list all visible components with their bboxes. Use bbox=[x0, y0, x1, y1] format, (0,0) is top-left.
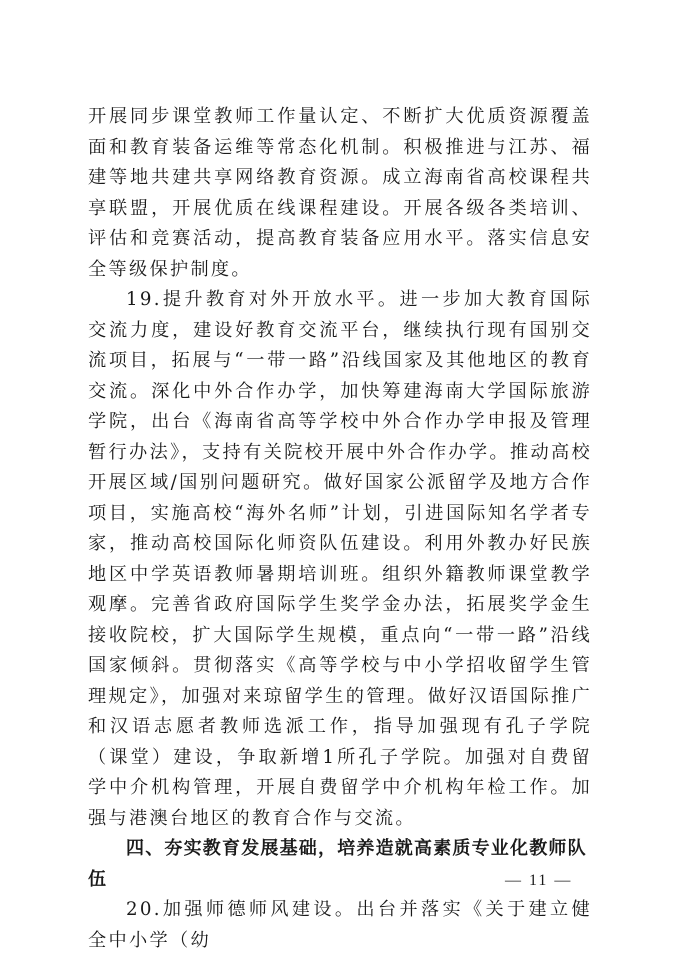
paragraph-continuation: 开展同步课堂教师工作量认定、不断扩大优质资源覆盖面和教育装备运维等常态化机制。积… bbox=[88, 102, 592, 285]
document-page: 开展同步课堂教师工作量认定、不断扩大优质资源覆盖面和教育装备运维等常态化机制。积… bbox=[0, 0, 675, 954]
body-text: 开展同步课堂教师工作量认定、不断扩大优质资源覆盖面和教育装备运维等常态化机制。积… bbox=[88, 102, 592, 954]
paragraph-item-20: 20.加强师德师风建设。出台并落实《关于建立健全中小学（幼 bbox=[88, 895, 592, 954]
page-number: — 11 — bbox=[505, 872, 572, 890]
paragraph-item-19: 19.提升教育对外开放水平。进一步加大教育国际交流力度，建设好教育交流平台，继续… bbox=[88, 285, 592, 834]
